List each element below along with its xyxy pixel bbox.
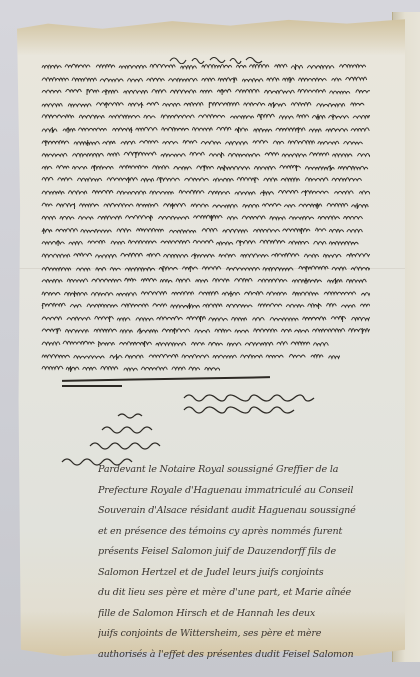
hebrew-script-line — [40, 262, 370, 275]
french-line: juifs conjoints de Wittersheim, ses père… — [98, 624, 404, 645]
hebrew-script-line — [40, 249, 370, 262]
hebrew-script-line — [40, 60, 370, 73]
hebrew-script-line — [40, 274, 370, 287]
hebrew-text-body — [40, 60, 370, 375]
hebrew-script-line — [40, 199, 370, 212]
french-line: présents Feisel Salomon juif de Dauzendo… — [98, 542, 404, 563]
french-line: et en présence des témoins cy après nomm… — [98, 522, 404, 543]
hebrew-script-line — [40, 173, 370, 186]
french-line: Pardevant le Notaire Royal soussigné Gre… — [98, 460, 404, 481]
hebrew-signatures-right — [182, 392, 372, 422]
french-line: Prefecture Royale d'Haguenau immatriculé… — [98, 481, 404, 502]
french-line: Souverain d'Alsace résidant audit Haguen… — [98, 501, 404, 522]
hebrew-script-line — [40, 287, 370, 300]
french-line: Salomon Hertzel et de Judel leurs juifs … — [98, 563, 404, 584]
hebrew-script-line — [40, 324, 370, 337]
hebrew-script-line — [40, 85, 370, 98]
french-line: authorisés à l'effet des présentes dudit… — [98, 645, 404, 666]
hebrew-script-line — [40, 211, 370, 224]
hebrew-script-line — [40, 161, 370, 174]
hebrew-script-line — [40, 337, 370, 350]
hebrew-script-line — [40, 110, 370, 123]
hebrew-script-line — [40, 362, 370, 375]
hebrew-script-line — [40, 98, 370, 111]
hebrew-script-line — [40, 236, 370, 249]
hebrew-script-line — [40, 312, 370, 325]
hebrew-script-line — [40, 73, 370, 86]
hebrew-script-line — [40, 350, 370, 363]
french-line: du dit lieu ses père et mère d'une part,… — [98, 583, 404, 604]
hebrew-script-line — [40, 224, 370, 237]
french-line: fille de Salomon Hirsch et de Hannah les… — [98, 604, 404, 625]
hebrew-script-line — [40, 186, 370, 199]
hebrew-heading — [168, 49, 264, 59]
hebrew-script-line — [40, 299, 370, 312]
signature-underline-flourish — [62, 385, 122, 387]
hebrew-script-line — [40, 148, 370, 161]
hebrew-script-line — [40, 136, 370, 149]
hebrew-script-line — [40, 123, 370, 136]
french-notarial-text: Pardevant le Notaire Royal soussigné Gre… — [98, 460, 404, 665]
